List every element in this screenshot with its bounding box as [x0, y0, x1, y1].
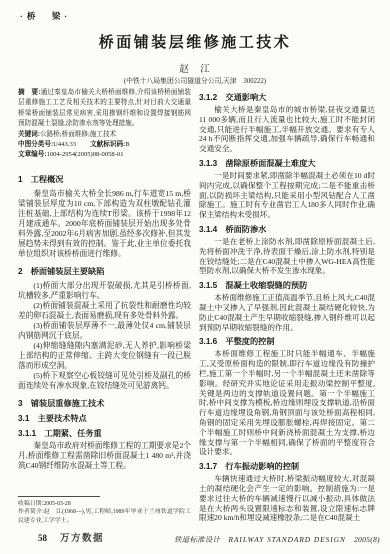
h3-shrinkage-crack-prevention: 3.1.5 混凝土收缩裂缝的预防 — [199, 280, 375, 291]
para-flatness-control: 本桥面维修工程施工时只能半幅通车、半幅施工,又受原桥面构造的限制,即行车道边缘没… — [199, 349, 375, 457]
h1-project-overview: 1 工程概况 — [18, 174, 191, 185]
article-id-line: 文章编号:1004-2954(2005)08-0058-01 — [18, 150, 191, 160]
abstract-text: 通过秦皇岛市榆关大桥桥面维修,介绍该桥桥面铺装层重修施工工艺及相关技术的主要特点… — [18, 89, 191, 127]
column-category-label: ·桥 梁· — [20, 10, 71, 22]
para-demolition-difficulty: 一是时间要求紧,即凿除半幅混凝土必须在10 d时间内完成,以确保整个工程按期完成… — [199, 171, 375, 220]
h3-traffic-impact: 3.1.2 交通影响大 — [199, 92, 375, 103]
left-column: 摘 要:通过秦皇岛市榆关大桥桥面维修,介绍该桥桥面铺装层重修施工工艺及相关技术的… — [18, 88, 191, 471]
para-defect-4: (4)伸缩缝缝隙内塞满泥砂,无人养护,影响桥梁上部结构的正常伸缩。主跨大变位钢缝… — [18, 341, 191, 371]
footnote-block: 收稿日期:2005-03-28 作者简介:赵 江(1968—),男,工程师,19… — [18, 496, 191, 525]
h3-demolition-difficulty: 3.1.3 凿除原桥面混凝土难度大 — [199, 158, 375, 169]
doc-code-label: 文献标识码: — [90, 141, 125, 148]
footnote-received-date: 收稿日期:2005-03-28 — [18, 500, 191, 508]
page-footer-left: 58 万方数据 — [38, 528, 104, 546]
abstract-line: 摘 要:通过秦皇岛市榆关大桥桥面维修,介绍该桥桥面铺装层重修施工工艺及相关技术的… — [18, 88, 191, 130]
journal-name-en: RAILWAY STANDARD DESIGN — [229, 535, 346, 544]
page-number: 58 — [38, 533, 47, 543]
para-project-overview: 秦皇岛市榆关大桥全长986 m,行车道宽15 m,桥梁铺装层厚度为10 cm,下… — [18, 189, 191, 259]
journal-name-cn: 铁道标准设计 — [174, 535, 220, 544]
author-affiliation: (中铁十八局集团公司隧道分公司,天津 300222) — [0, 75, 390, 85]
doc-code-value: B — [125, 141, 129, 148]
h1-repair-technology: 3 铺装层重修施工技术 — [18, 398, 191, 409]
article-title: 桥面铺装层维修施工技术 — [0, 31, 390, 52]
footnote-author-bio: 作者简介:赵 江(1968—),男,工程师,1989年毕业于兰州铁道学院工民建专… — [18, 508, 191, 525]
keywords-label: 关键词: — [18, 131, 40, 138]
h3-deck-waterproofing: 3.1.4 桥面防渗水 — [199, 224, 375, 235]
clc-line: 中图分类号:U443.33文献标识码:B — [18, 140, 191, 150]
keywords-text: 公路桥;桥面维修;施工技术 — [40, 131, 116, 138]
para-shrinkage-crack-prevention: 本桥面维修施工正值高温季节,且桥上风大,C40混凝土中又掺入了早强剂,因此混凝土… — [199, 293, 375, 332]
right-column: 3.1.2 交通影响大 榆关大桥是秦皇岛市的城市桥梁,昼夜交通量达11 000多… — [199, 88, 375, 523]
para-defect-2: (2)桥面铺装混凝土采用了抗裂性和耐磨性均较差的卵石混凝土,表面易磨损,现有多处… — [18, 301, 191, 321]
wanfang-watermark: 万方数据 — [60, 533, 104, 544]
clc-label: 中图分类号: — [18, 141, 53, 148]
h1-main-defects: 2 桥面铺装层主要缺陷 — [18, 266, 191, 277]
para-deck-waterproofing: 一是在老桥上涂防水剂,即凿除原桥面混凝土后,先将桥面冲洗干净,待表面干燥后,涂上… — [199, 237, 375, 276]
journal-issue: 2005(8) — [354, 535, 380, 544]
article-id-value: 1004-2954(2005)08-0058-01 — [47, 151, 124, 158]
h3-tight-schedule: 3.1.1 工期紧、任务重 — [18, 428, 191, 439]
author-name: 赵 江 — [0, 61, 390, 75]
article-id-label: 文章编号: — [18, 151, 47, 158]
h3-vibration-control: 3.1.7 行车振动影响的控制 — [199, 461, 375, 472]
para-tight-schedule: 秦皇岛市政府对桥面维修工程的工期要求是2个月,桥面维修工程需凿除旧桥面混凝土1 … — [18, 441, 191, 471]
abstract-label: 摘 要: — [18, 89, 40, 96]
h2-main-technical-features: 3.1 主要技术特点 — [18, 413, 191, 424]
para-defect-3: (3)桥面铺装层厚薄不一,最薄处仅4 cm,铺装层内钢筋网沉于底层。 — [18, 321, 191, 341]
para-defect-5: (5)桥下观察空心板铰缝可见处引桥及副孔的桥面连续处有渗水现象,在铰结缝处可见游… — [18, 371, 191, 391]
journal-footer: 铁道标准设计 RAILWAY STANDARD DESIGN 2005(8) — [174, 535, 380, 545]
footnote-rule — [18, 496, 100, 497]
keywords-line: 关键词:公路桥;桥面维修;施工技术 — [18, 130, 191, 140]
journal-page: ·桥 梁· 桥面铺装层维修施工技术 赵 江 (中铁十八局集团公司隧道分公司,天津… — [0, 0, 390, 554]
h3-flatness-control: 3.1.6 平整度的控制 — [199, 336, 375, 347]
para-defect-1: (1)桥面大部分出现开裂破损,尤其是引桥桥面,坑槽较多,严重影响行车。 — [18, 281, 191, 301]
clc-value: U443.33 — [53, 141, 76, 148]
para-vibration-control: 车辆快速通过大桥时,桥梁振动幅度较大,对混凝土的凝结硬化会产生一定的影响。控制措… — [199, 474, 375, 523]
para-traffic-impact: 榆关大桥是秦皇岛市的城市桥梁,昼夜交通量达11 000多辆,而且行人流量也比较大… — [199, 105, 375, 154]
